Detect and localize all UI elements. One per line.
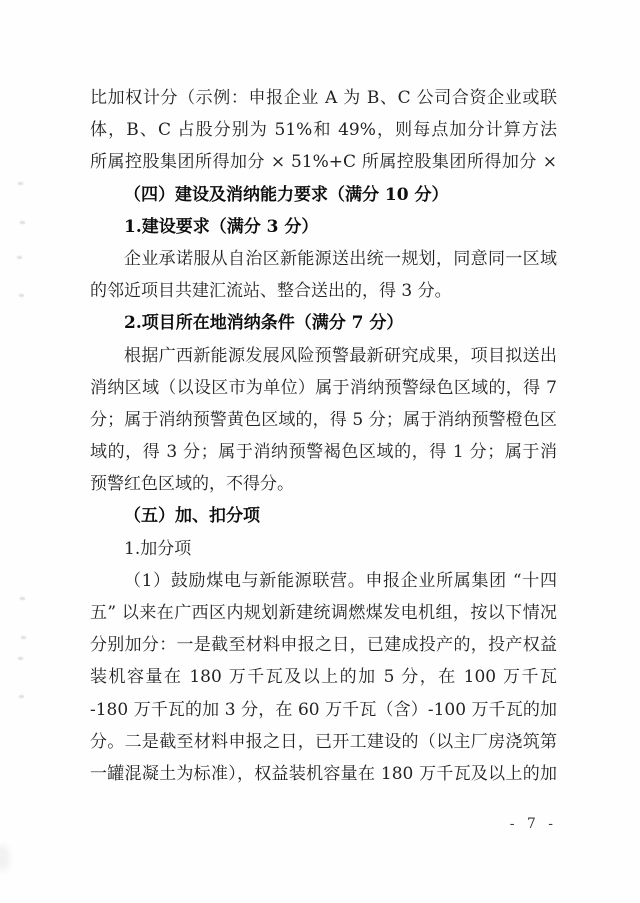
- text-line: 的邻近项目共建汇流站、整合送出的，得 3 分。: [90, 275, 557, 307]
- scan-artifact: [18, 657, 23, 660]
- text-line: 分；属于消纳预警黄色区域的，得 5 分；属于消纳预警橙色区: [90, 404, 557, 436]
- text-line: （1）鼓励煤电与新能源联营。申报企业所属集团 “十四: [90, 565, 557, 597]
- text-line: 预警红色区域的，不得分。: [90, 468, 557, 500]
- scan-shadow: [0, 845, 10, 871]
- section-heading: 1.建设要求（满分 3 分）: [90, 211, 557, 243]
- text-line: 装机容量在 180 万千瓦及以上的加 5 分，在 100 万千瓦（含）: [90, 661, 557, 693]
- text-line: 消纳区域（以设区市为单位）属于消纳预警绿色区域的，得 7: [90, 372, 557, 404]
- text-line: 分。二是截至材料申报之日，已开工建设的（以主厂房浇筑第: [90, 726, 557, 758]
- scan-artifact: [20, 221, 25, 224]
- text-line: 体，B、C 占股分别为 51%和 49%，则每点加分计算方法为：B: [90, 114, 557, 146]
- text-line: 分别加分：一是截至材料申报之日，已建成投产的，投产权益: [90, 629, 557, 661]
- text-line: 所属控股集团所得加分 × 51%+C 所属控股集团所得加分 × 49%）。: [90, 146, 557, 178]
- scan-artifact: [19, 695, 24, 698]
- scan-artifact: [21, 636, 26, 639]
- section-heading: （五）加、扣分项: [90, 500, 557, 532]
- subsection-label: 1.加分项: [90, 533, 557, 565]
- text-line: 根据广西新能源发展风险预警最新研究成果，项目拟送出: [90, 340, 557, 372]
- text-line: 比加权计分（示例：申报企业 A 为 B、C 公司合资企业或联合: [90, 82, 557, 114]
- document-page: 比加权计分（示例：申报企业 A 为 B、C 公司合资企业或联合 体，B、C 占股…: [0, 0, 640, 903]
- section-heading: （四）建设及消纳能力要求（满分 10 分）: [90, 179, 557, 211]
- scan-artifact: [17, 256, 22, 259]
- text-line: 一罐混凝土为标准），权益装机容量在 180 万千瓦及以上的加: [90, 758, 557, 790]
- scan-artifact: [18, 182, 23, 185]
- text-line: 域的，得 3 分；属于消纳预警褐色区域的，得 1 分；属于消纳: [90, 436, 557, 468]
- scan-artifact: [19, 294, 24, 297]
- scan-artifact: [20, 597, 25, 600]
- text-line: -180 万千瓦的加 3 分，在 60 万千瓦（含）-100 万千瓦的加 2: [90, 694, 557, 726]
- page-number: - 7 -: [510, 816, 557, 832]
- text-line: 五” 以来在广西区内规划新建统调燃煤发电机组，按以下情况: [90, 597, 557, 629]
- document-body: 比加权计分（示例：申报企业 A 为 B、C 公司合资企业或联合 体，B、C 占股…: [90, 82, 557, 790]
- section-heading: 2.项目所在地消纳条件（满分 7 分）: [90, 307, 557, 339]
- text-line: 企业承诺服从自治区新能源送出统一规划，同意同一区域: [90, 243, 557, 275]
